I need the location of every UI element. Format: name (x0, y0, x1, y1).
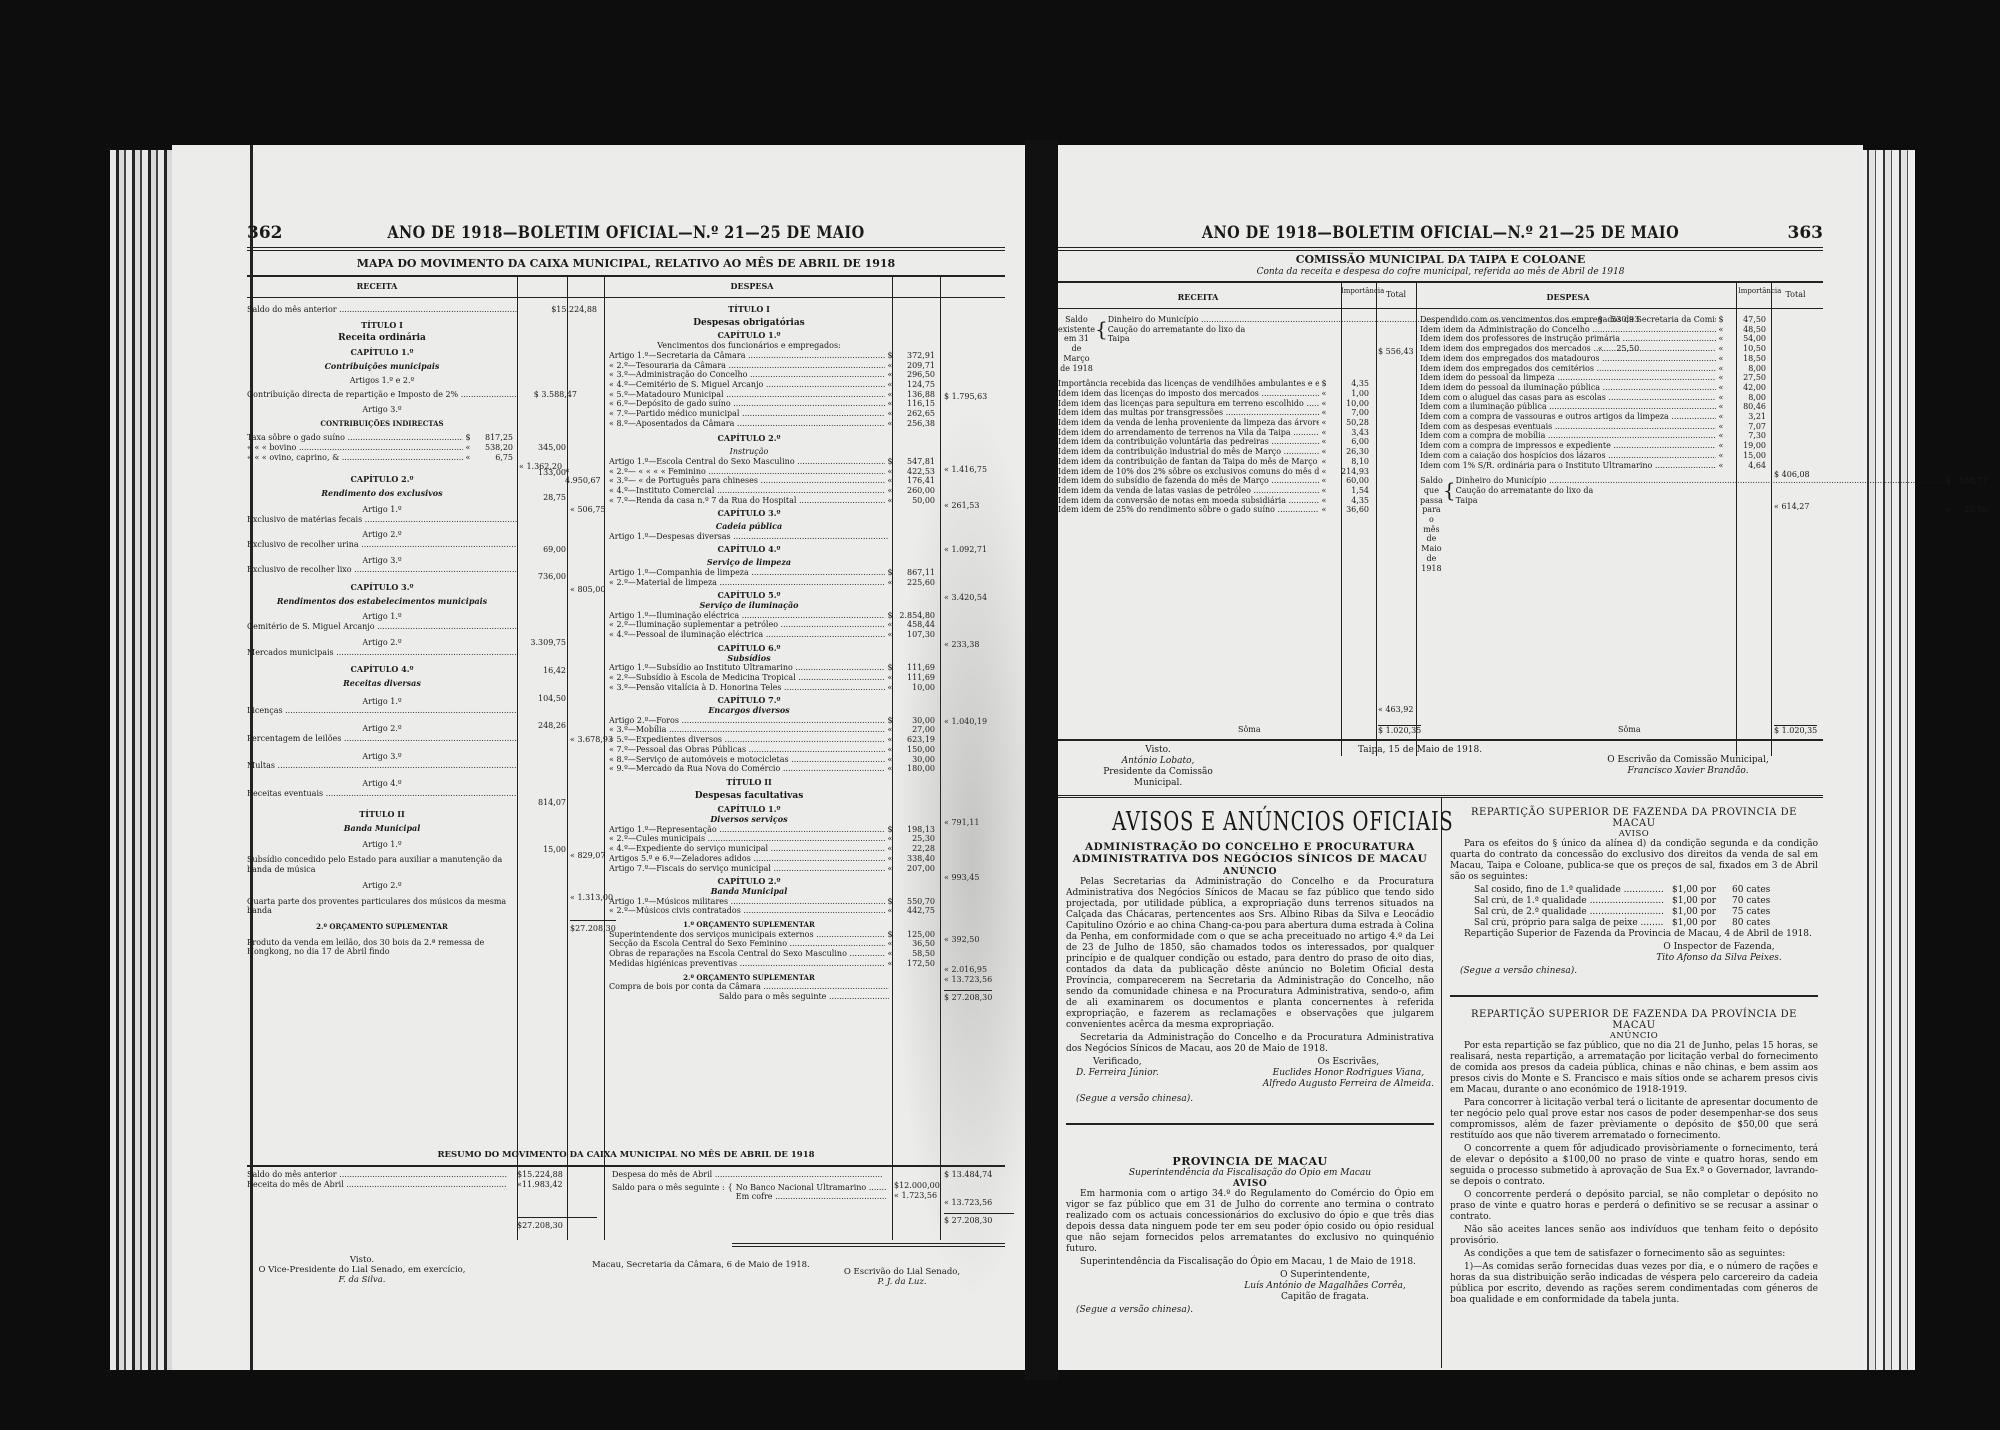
row-label: Idem idem das multas por transgressões (1058, 408, 1319, 418)
list-item: Idem com a compra de vassouras e outros … (1420, 412, 1770, 422)
despesa-fcap2-list: Artigo 1.º—Músicos militares$550,70« 2.º… (609, 897, 939, 916)
row-currency: « (885, 939, 895, 949)
row-label: Idem idem dos professores de instrução p… (1420, 334, 1716, 344)
row-currency: « (885, 745, 895, 755)
row-value: 4,35 (1329, 379, 1373, 389)
article-heading: Artigo 3.º (247, 556, 517, 566)
chapter-subheading: Rendimento dos exclusivos (247, 489, 517, 499)
list-item: « 2.º—Cules municipais«25,30 (609, 834, 939, 844)
row-value: 172,50 (895, 959, 939, 969)
col-rule (940, 275, 941, 1240)
row-value: 47,50 (1726, 315, 1770, 325)
row-label: Despesa do mês de Abril (612, 1170, 882, 1180)
row-currency: « (885, 361, 895, 371)
article-heading: Artigo 2.º (247, 881, 517, 891)
chapter-subheading: Diversos serviços (609, 815, 889, 825)
row-value: 180,00 (895, 764, 939, 774)
row-value: 80,46 (1726, 402, 1770, 412)
despesa-cap1-list: Artigo 1.º—Secretaria da Câmara$372,91« … (609, 351, 939, 429)
list-item: Idem idem da contribuição voluntária das… (1058, 437, 1373, 447)
chapter-total: « 261,53 (944, 501, 979, 511)
signatory-name: Francisco Xavier Brandão. (1588, 766, 1788, 777)
rule (732, 1243, 1005, 1247)
row-label: Taxa sôbre o gado suíno (247, 433, 463, 443)
row-label: Em cofre (736, 1192, 886, 1202)
list-item: Superintendente dos serviços municipais … (609, 930, 939, 940)
despesa-cap6-list: Artigo 1.º—Subsídio ao Instituto Ultrama… (609, 663, 939, 692)
row-label: Idem com 1% S/R. ordinária para o Instit… (1420, 461, 1716, 471)
row-label: « 7.º—Partido médico municipal (609, 409, 885, 419)
row-label: Idem idem das licenças para sepultura em… (1058, 399, 1319, 409)
list-item: « 3.º—Administração do Concelho«296,50 (609, 370, 939, 380)
row-label: « 4.º—Expediente do serviço municipal (609, 844, 885, 854)
notice-paragraph: Por esta repartição se faz público, que … (1450, 1041, 1818, 1096)
row-currency: $ (885, 611, 895, 621)
visto-label: Visto. (1078, 745, 1238, 756)
price-quantity: 60 cates (1732, 885, 1792, 896)
saldo-label: Saldo do mês anterior (247, 305, 517, 315)
col-rule (1441, 798, 1442, 1368)
chapter-subheading: Instrução (609, 447, 889, 457)
rule (1066, 1123, 1434, 1125)
list-item: « 2.º— « « « « Feminino«422,53 (609, 467, 939, 477)
row-currency: « (1319, 428, 1329, 438)
signatory-name: D. Ferreira Júnior. (1076, 1068, 1159, 1079)
soma-label: Sôma (1238, 725, 1261, 735)
row-label: Artigo 1.º—Secretaria da Câmara (609, 351, 885, 361)
row-value: 16,42 (522, 666, 566, 676)
row-currency: « (885, 630, 895, 640)
row-currency: « (885, 419, 895, 429)
list-item: « 7.º—Renda da casa n.º 7 da Rua do Hosp… (609, 496, 939, 506)
row-value: 60,00 (1329, 476, 1373, 486)
row-value: 225,60 (895, 578, 939, 588)
list-item: Idem com a caiação dos hospícios dos láz… (1420, 451, 1770, 461)
row-label: Idem idem da Administração do Concelho (1420, 325, 1716, 335)
rule (1450, 995, 1818, 997)
row-value: 42,00 (1726, 383, 1770, 393)
notice-closing: Repartição Superior de Fazenda da Provin… (1450, 929, 1818, 940)
page-number: 363 (1788, 223, 1824, 243)
row-label: Idem idem do pessoal da iluminação públi… (1420, 383, 1716, 393)
row-value: 262,65 (895, 409, 939, 419)
list-item: « 6.º—Depósito de gado suíno«116,15 (609, 399, 939, 409)
list-item: « 2.º—Material de limpeza«225,60 (609, 578, 939, 588)
section-heading: 1.º ORÇAMENTO SUPLEMENTAR (609, 920, 889, 930)
row-label: « 2.º—Material de limpeza (609, 578, 885, 588)
soma-total: $ 1.020,35 (1378, 725, 1421, 736)
anuncio-paragraphs: Por esta repartição se faz público, que … (1450, 1041, 1818, 1306)
signatory-name: Tito Afonso da Silva Peixes. (1620, 953, 1818, 964)
row-value: 50,00 (895, 496, 939, 506)
row-currency: « (1716, 441, 1726, 451)
list-item: Idem com o aluguel das casas para as esc… (1420, 393, 1770, 403)
chapter-total: $ 1.795,63 (944, 392, 987, 402)
rule (247, 1165, 1005, 1167)
row-currency: « (885, 683, 895, 693)
row-value: 50,28 (1329, 418, 1373, 428)
row-currency: « (463, 453, 473, 463)
row-value: 104,50 (522, 694, 566, 704)
row-value: 442,75 (895, 906, 939, 916)
price-quantity: 70 cates (1732, 896, 1792, 907)
row-label: Receitas eventuais (247, 789, 517, 799)
titulo-subheading: Despesas facultativas (609, 792, 889, 802)
price-item: Sal crú, próprio para salga de peixe (1474, 918, 1664, 929)
avisos-right-column: REPARTIÇÃO SUPERIOR DE FAZENDA DA PROVIN… (1450, 807, 1818, 1308)
price-item: Sal cosido, fino de 1.ª qualidade (1474, 885, 1664, 896)
row-value: 214,93 (1329, 467, 1373, 477)
article-heading: Artigo 4.º (247, 779, 517, 789)
grand-total: $ 27.208,30 (944, 990, 992, 1003)
saldo-label: Saldo existente em 31 de Março de 1918 (1058, 315, 1095, 373)
row-label: Saldo para o mês seguinte : (612, 1183, 725, 1202)
row-currency: « (1319, 467, 1329, 477)
list-item: Idem idem das multas por transgressões«7… (1058, 408, 1373, 418)
price-row: Sal crú, de 2.ª qualidade$1,00 por75 cat… (1474, 907, 1818, 918)
verificado-label: Verificado, (1076, 1057, 1159, 1068)
list-item: Secção da Escola Central do Sexo Feminin… (609, 939, 939, 949)
notice-paragraph: Para concorrer à licitação verbal terá o… (1450, 1098, 1818, 1142)
importancia-header: Importância (1341, 287, 1374, 295)
row-currency: « (1716, 422, 1726, 432)
row-value: 3,21 (1726, 412, 1770, 422)
notice-type: AVISO (1450, 829, 1818, 839)
row-currency: « (885, 725, 895, 735)
row-currency: $ (1319, 379, 1329, 389)
row-currency: $ (885, 825, 895, 835)
row-label: « 2.º— « « « « Feminino (609, 467, 885, 477)
row-value: «11.983,42 (517, 1180, 597, 1190)
row-currency: « (885, 578, 895, 588)
row-value: 3.309,75 (522, 638, 566, 648)
row-label: « 2.º—Iluminação suplementar a petróleo (609, 620, 885, 630)
resumo-receita-values: $15.224,88 «11.983,42 $27.208,30 (517, 1170, 597, 1231)
receita-subtotal: « 463,92 (1378, 705, 1413, 715)
signatory-name: Luís António de Magalhães Corrêa, (1216, 1281, 1434, 1292)
list-item: Idem idem da Administração do Concelho«4… (1420, 325, 1770, 335)
chapter-total: « 3.678,93 (570, 735, 613, 745)
article-heading: Artigo 1.º (247, 505, 517, 515)
notice-type: AVISO (1066, 1179, 1434, 1189)
row-currency: « (1716, 364, 1726, 374)
row-label: Artigo 1.º—Representação (609, 825, 885, 835)
row-label: Idem idem do arrendamento de terrenos na… (1058, 428, 1319, 438)
row-label: Artigo 1.º—Companhia de limpeza (609, 568, 885, 578)
list-item: « 4.º—Pessoal de iluminação eléctrica«10… (609, 630, 939, 640)
row-label: Artigo 1.º—Despesas diversas (609, 532, 889, 542)
escrivao-signature: O Escrivão da Comissão Municipal, Franci… (1588, 755, 1788, 777)
chapter-heading: CAPÍTULO 3.º (609, 509, 889, 519)
despesa-header: DESPESA (612, 282, 892, 292)
row-currency: $ (1943, 476, 1953, 486)
row-value: 107,30 (895, 630, 939, 640)
rule (1058, 281, 1823, 283)
row-value: 15,00 (522, 845, 566, 855)
titulo-heading: TÍTULO II (247, 810, 517, 820)
chapter-heading: CAPÍTULO 4.º (247, 665, 517, 675)
despesa-cap2-list: Artigo 1.º—Escola Central do Sexo Mascul… (609, 457, 939, 506)
row-currency: « (1319, 418, 1329, 428)
row-label: Compra de bois por conta da Câmara (609, 982, 889, 992)
notice-paragraph: O concorrente a quem fôr adjudicado prov… (1450, 1144, 1818, 1188)
row-value: 111,69 (895, 673, 939, 683)
article-heading: Artigo 3.º (247, 752, 517, 762)
chapter-total: « 4.950,67 (565, 466, 601, 485)
article-heading: Artigo 1.º (247, 612, 517, 622)
list-item: Idem idem dos empregados dos matadouros«… (1420, 354, 1770, 364)
row-value: 30,00 (895, 755, 939, 765)
titulo-heading: TÍTULO II (609, 778, 889, 788)
row-value: 1,00 (1329, 389, 1373, 399)
row-currency: « (885, 370, 895, 380)
chapter-subheading: Receitas diversas (247, 679, 517, 689)
resumo-despesa-values: $ 13.484,74 « 13.723,56 $ 27.208,30 (944, 1170, 1014, 1226)
chapter-heading: CAPÍTULO 1.º (247, 348, 517, 358)
list-item: Artigo 1.º—Subsídio ao Instituto Ultrama… (609, 663, 939, 673)
book-page-edges-left (110, 150, 175, 1370)
row-currency: « (885, 476, 895, 486)
row-value: 30,00 (895, 716, 939, 726)
row-currency: $ (885, 897, 895, 907)
chapter-subheading: Subsídios (609, 654, 889, 664)
total-header: Total (1376, 290, 1416, 300)
row-label: Multas (247, 761, 517, 771)
row-label: Idem idem do pessoal da limpeza (1420, 373, 1716, 383)
row-currency: « (885, 735, 895, 745)
notice-closing: Superintendência da Fiscalisação do Ópio… (1066, 1257, 1434, 1268)
signatory-title: Presidente da Comissão Municipal. (1078, 767, 1238, 789)
row-currency: « (1716, 402, 1726, 412)
visto-label: Visto. (247, 1255, 477, 1265)
signatory-name: Euclides Honor Rodrigues Viana, (1263, 1068, 1434, 1079)
row-label: Artigo 2.º—Foros (609, 716, 885, 726)
row-label: « 9.º—Mercado da Rua Nova do Comércio (609, 764, 885, 774)
avisos-title: AVISOS E ANÚNCIOS OFICIAIS (1112, 807, 1388, 837)
row-value: 26,30 (1329, 447, 1373, 457)
list-item: « « « bovino«538,20 (247, 443, 517, 453)
notice-closing: Secretaria da Administração do Concelho … (1066, 1033, 1434, 1055)
chapter-total: « 392,50 (944, 935, 979, 945)
row-label: Exclusivo de matérias fecais (247, 515, 517, 525)
section-heading: REPARTIÇÃO SUPERIOR DE FAZENDA DA PROVIN… (1450, 807, 1818, 829)
row-label: Artigo 1.º—Escola Central do Sexo Mascul… (609, 457, 885, 467)
titulo-subheading: Banda Municipal (247, 824, 517, 834)
row-currency: « (885, 409, 895, 419)
row-currency: « (885, 399, 895, 409)
row-value: « 1.723,56 (894, 1191, 940, 1201)
signatory-title: O Inspector de Fazenda, (1620, 942, 1818, 953)
row-currency: « (885, 380, 895, 390)
grand-total: $27.208,30 (517, 1217, 597, 1231)
row-currency: « (1319, 408, 1329, 418)
row-label: Medidas higiénicas preventivas (609, 959, 885, 969)
row-label: « 8.º—Aposentados da Câmara (609, 419, 885, 429)
col-rule (604, 275, 605, 1240)
row-value: 69,00 (522, 545, 566, 555)
row-value: 256,38 (895, 419, 939, 429)
row-value: 48,50 (1726, 325, 1770, 335)
article-heading: Artigo 2.º (247, 724, 517, 734)
despesa-cap7-list: Artigo 2.º—Foros$30,00« 3.º—Mobília«27,0… (609, 716, 939, 774)
notice-body: Para os efeitos do § único da alínea d) … (1450, 839, 1818, 883)
list-item: Idem idem das licenças para sepultura em… (1058, 399, 1373, 409)
row-currency: $ (1716, 315, 1726, 325)
list-item: Idem idem do pessoal da limpeza«27,50 (1420, 373, 1770, 383)
row-value: 8,00 (1726, 364, 1770, 374)
row-value: 6,75 (473, 453, 517, 463)
price-row: Sal cosido, fino de 1.ª qualidade$1,00 p… (1474, 885, 1818, 896)
row-value: 296,50 (895, 370, 939, 380)
row-currency: « (1319, 486, 1329, 496)
list-item: « 5.º—Expedientes diversos«623,19 (609, 735, 939, 745)
chapter-total: « 791,11 (944, 818, 979, 828)
list-item: Artigo 1.º—Representação$198,13 (609, 825, 939, 835)
row-value: 422,53 (895, 467, 939, 477)
row-label: Idem com a iluminação pública (1420, 402, 1716, 412)
row-value: 22,28 (895, 844, 939, 854)
row-value: « 13.723,56 (944, 1198, 1014, 1208)
row-value: 198,13 (895, 825, 939, 835)
list-item: « 9.º—Mercado da Rua Nova do Comércio«18… (609, 764, 939, 774)
list-item: Artigo 2.º—Foros$30,00 (609, 716, 939, 726)
chapter-total: « 1.416,75 (944, 465, 987, 475)
taipa-receita-list: Importância recebida das licenças de ven… (1058, 379, 1338, 515)
row-value: $ 3.588,47 (517, 390, 577, 400)
row-value: 10,00 (1329, 399, 1373, 409)
chapter-subheading: Contribuições municipais (247, 362, 517, 372)
row-currency: « (1716, 373, 1726, 383)
row-currency: « (1319, 389, 1329, 399)
notice-paragraph: Não são aceites lances senão aos indivíd… (1450, 1225, 1818, 1247)
titulo-subheading: Receita ordinária (247, 334, 517, 344)
chapter-total: « 1.040,19 (944, 717, 987, 727)
list-item: « 2.º—Tesouraria da Câmara«209,71 (609, 361, 939, 371)
row-label: No Banco Nacional Ultramarino (736, 1183, 886, 1193)
row-value: 207,00 (895, 864, 939, 874)
row-value: 2.854,80 (895, 611, 939, 621)
row-value: 867,11 (895, 568, 939, 578)
list-item: Idem idem da conversão de notas em moeda… (1058, 496, 1373, 506)
saldo-total: $ 556,43 (1378, 347, 1414, 357)
chapter-subheading: Serviço de limpeza (609, 558, 889, 568)
row-currency: « (1716, 461, 1726, 471)
saldo-maio-total: « 614,27 (1774, 502, 1809, 512)
row-label: Artigo 1.º—Subsídio ao Instituto Ultrama… (609, 663, 885, 673)
row-value: 458,44 (895, 620, 939, 630)
section-subheading: Superintendência da Fiscalisação do Ópio… (1066, 1168, 1434, 1179)
row-value: 338,40 (895, 854, 939, 864)
row-currency: « (1319, 399, 1329, 409)
chapter-heading: CAPÍTULO 4.º (609, 545, 889, 555)
row-value: 8,00 (1726, 393, 1770, 403)
running-head-title: ANO DE 1918—BOLETIM OFICIAL—N.º 21—25 DE… (1115, 223, 1765, 243)
price-quantity: 80 cates (1732, 918, 1792, 929)
row-currency: « (885, 755, 895, 765)
row-value: 588,77 (1953, 476, 1991, 486)
row-currency: « (1943, 505, 1953, 515)
row-currency: « (885, 496, 895, 506)
despesa-orc1-list: Superintendente dos serviços municipais … (609, 930, 939, 969)
page-number: 362 (247, 223, 283, 243)
section-heading: PROVINCIA DE MACAU (1066, 1155, 1434, 1168)
despesa-subtotal: $ 406,08 (1774, 470, 1810, 480)
row-value: 36,50 (895, 939, 939, 949)
row-value: 133,00 (522, 468, 566, 478)
row-label: « 2.º—Músicos civis contratados (609, 906, 885, 916)
row-label: Idem idem da contribuição de fantan da T… (1058, 457, 1319, 467)
row-currency: « (1319, 447, 1329, 457)
chapter-total: « 506,75 (570, 505, 605, 515)
resumo-title: RESUMO DO MOVIMENTO DA CAIXA MUNICIPAL N… (247, 1150, 1005, 1160)
row-label: Idem idem de 25% do rendimento sôbre o g… (1058, 505, 1319, 515)
row-label: Idem com o aluguel das casas para as esc… (1420, 393, 1716, 403)
row-label: Idem idem da venda de lenha proveniente … (1058, 418, 1319, 428)
book-gutter (1025, 140, 1058, 1380)
notice-paragraph: 1)—As comidas serão fornecidas duas veze… (1450, 1262, 1818, 1306)
row-label: « « « ovino, caprino, & (247, 453, 463, 463)
row-label: Caução do arrematante do lixo da Taipa (1456, 486, 1596, 505)
row-currency: « (1319, 476, 1329, 486)
row-currency: « (1716, 334, 1726, 344)
list-item: Idem idem da venda de lenha proveniente … (1058, 418, 1373, 428)
despesa-column: TÍTULO I Despesas obrigatórias CAPÍTULO … (609, 305, 939, 1002)
list-item: Artigo 1.º—Iluminação eléctrica$2.854,80 (609, 611, 939, 621)
row-value: 10,00 (895, 683, 939, 693)
row-label: Idem com a compra de impressos e expedie… (1420, 441, 1716, 451)
salt-price-list: Sal cosido, fino de 1.ª qualidade$1,00 p… (1450, 885, 1818, 929)
row-currency: « (885, 844, 895, 854)
row-label: Receita do mês de Abril (247, 1180, 507, 1190)
row-label: Idem com a caiação dos hospícios dos láz… (1420, 451, 1716, 461)
chapter-heading: CAPÍTULO 3.º (247, 583, 517, 593)
list-item: Medidas higiénicas preventivas«172,50 (609, 959, 939, 969)
section-heading: REPARTIÇÃO SUPERIOR DE FAZENDA DA PROVÍN… (1450, 1009, 1818, 1031)
list-item: Artigo 1.º—Secretaria da Câmara$372,91 (609, 351, 939, 361)
row-value: 8,10 (1329, 457, 1373, 467)
row-currency: « (885, 949, 895, 959)
row-label: Artigo 1.º—Iluminação eléctrica (609, 611, 885, 621)
row-currency: « (885, 959, 895, 969)
row-value: 7,30 (1726, 431, 1770, 441)
chapter-subheading: Rendimentos dos estabelecimentos municip… (247, 597, 517, 607)
list-item: « 3.º— « de Português para chineses«176,… (609, 476, 939, 486)
row-label: « 7.º—Renda da casa n.º 7 da Rua do Hosp… (609, 496, 885, 506)
row-value: 27,50 (1726, 373, 1770, 383)
row-value: 25,50 (1953, 505, 1991, 515)
chapter-total: « 829,07 (570, 851, 605, 861)
row-value: 36,60 (1329, 505, 1373, 515)
row-value: 15,00 (1726, 451, 1770, 461)
row-value: 6,00 (1329, 437, 1373, 447)
row-value: 7,00 (1329, 408, 1373, 418)
row-label: « 2.º—Cules municipais (609, 834, 885, 844)
chapter-subheading: Vencimentos dos funcionários e empregado… (609, 341, 889, 351)
row-label: Secção da Escola Central do Sexo Feminin… (609, 939, 885, 949)
book-page-edges-right (1860, 150, 1915, 1370)
row-label: « 6.º—Depósito de gado suíno (609, 399, 885, 409)
price-value: $1,00 por (1672, 918, 1732, 929)
row-label: « 5.º—Expedientes diversos (609, 735, 885, 745)
section-heading: 2.º ORÇAMENTO SUPLEMENTAR (247, 922, 517, 932)
row-label: « 2.º—Subsídio à Escola de Medicina Trop… (609, 673, 885, 683)
row-currency: « (885, 906, 895, 916)
grand-total: $ 27.208,30 (944, 1213, 1014, 1226)
row-value: 25,30 (895, 834, 939, 844)
row-value: 372,91 (895, 351, 939, 361)
receita-header: RECEITA (247, 282, 507, 292)
list-item: Artigo 1.º—Músicos militares$550,70 (609, 897, 939, 907)
